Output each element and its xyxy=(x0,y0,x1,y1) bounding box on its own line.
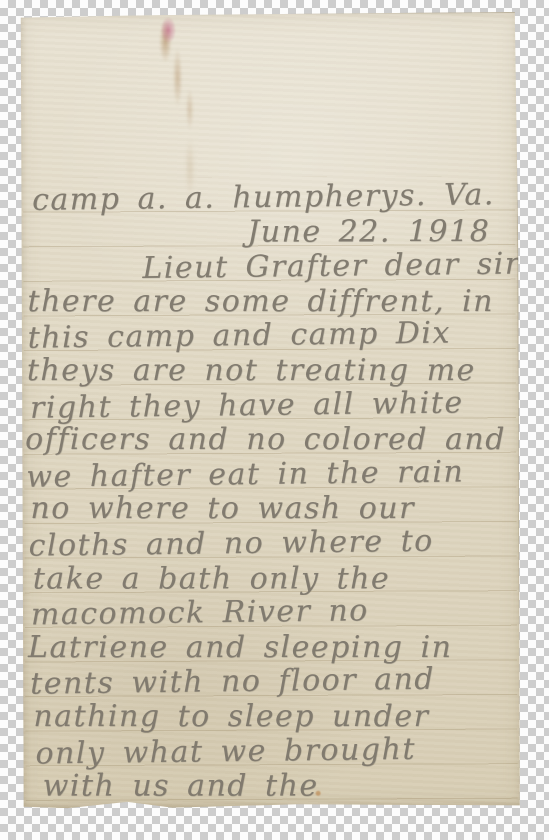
handwriting-line: officers and no colored and xyxy=(25,424,506,456)
transparent-canvas: camp a. a. humpherys. Va. June 22. 1918 … xyxy=(0,0,549,840)
handwriting-layer: camp a. a. humpherys. Va. June 22. 1918 … xyxy=(19,12,517,14)
handwriting-line: this camp and camp Dix xyxy=(27,318,451,355)
pink-ink-stain xyxy=(158,16,178,50)
handwriting-line: nathing to sleep under xyxy=(33,701,429,733)
handwriting-line: June 22. 1918 xyxy=(247,217,490,249)
handwriting-line: theys are not treating me xyxy=(27,355,476,387)
handwriting-line: we hafter eat in the rain xyxy=(26,456,464,493)
handwriting-line: camp a. a. humpherys. Va. xyxy=(32,179,495,217)
handwriting-line: with us and the xyxy=(43,770,319,802)
handwriting-line: there are some diffrent, in xyxy=(28,286,494,318)
handwriting-line: right they have all white xyxy=(30,387,464,424)
handwriting-line: tents with no floor and xyxy=(30,664,435,701)
handwriting-line: macomock River no xyxy=(31,595,369,631)
brown-drip-stain xyxy=(149,15,206,133)
handwriting-line: no where to wash our xyxy=(30,493,415,525)
handwriting-line: Latriene and sleeping in xyxy=(28,632,452,664)
handwriting-line: cloths and no where to xyxy=(28,526,434,563)
handwriting-line: only what we brought xyxy=(35,734,416,771)
handwriting-line: take a bath only the xyxy=(33,563,390,595)
handwriting-line: Lieut Grafter dear sir xyxy=(142,248,521,285)
letter-paper: camp a. a. humpherys. Va. June 22. 1918 … xyxy=(19,12,520,809)
